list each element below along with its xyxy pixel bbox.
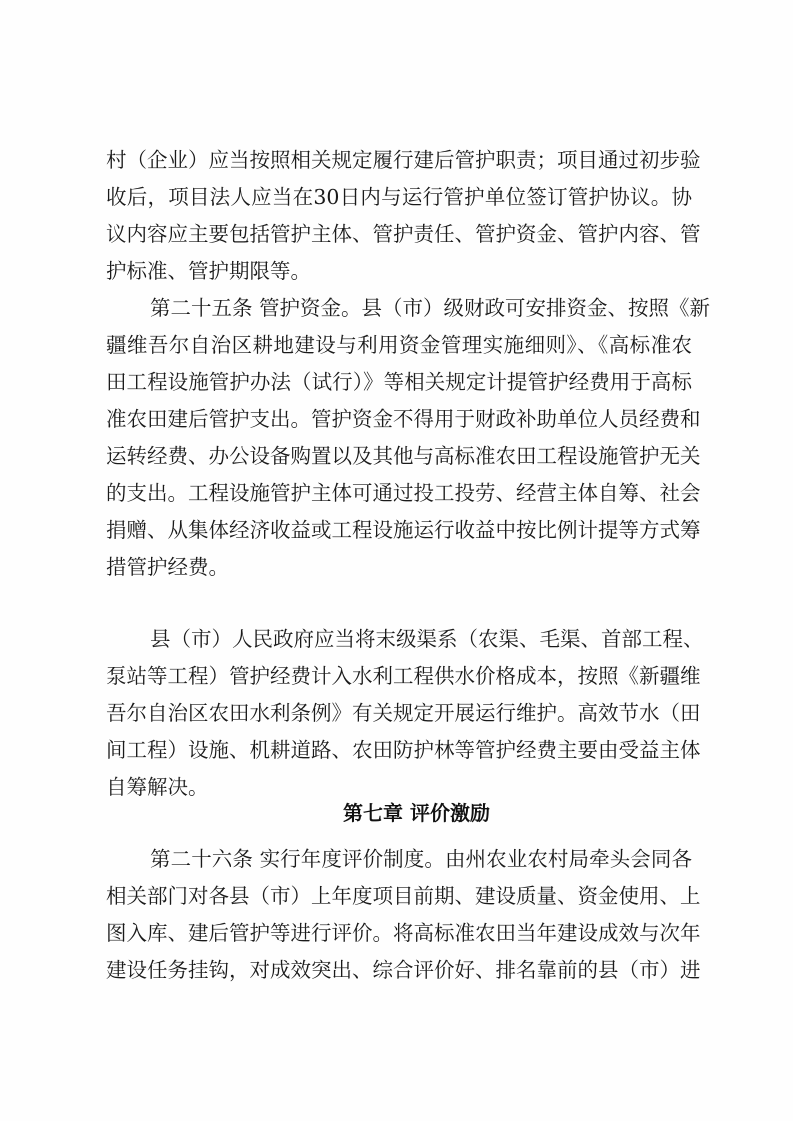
body-text-line: 田工程设施管护办法（试行）》等相关规定计提管护经费用于高标	[106, 364, 692, 401]
body-text-line: 准农田建后管护支出。管护资金不得用于财政补助单位人员经费和	[106, 401, 692, 438]
body-text-line: 议内容应主要包括管护主体、管护责任、管护资金、管护内容、管	[106, 216, 692, 253]
body-text-line: 运转经费、办公设备购置以及其他与高标准农田工程设施管护无关	[106, 438, 692, 475]
paragraph-first-line: 县（市）人民政府应当将末级渠系（农渠、毛渠、首部工程、	[150, 621, 692, 658]
body-text-line: 措管护经费。	[106, 549, 692, 586]
body-text-line: 建设任务挂钩，对成效突出、综合评价好、排名靠前的县（市）进	[106, 952, 692, 989]
body-text-line: 相关部门对各县（市）上年度项目前期、建设质量、资金使用、上	[106, 878, 692, 915]
body-text-line: 泵站等工程）管护经费计入水利工程供水价格成本，按照《新疆维	[106, 658, 692, 695]
body-text-line: 吾尔自治区农田水利条例》有关规定开展运行维护。高效节水（田	[106, 695, 692, 732]
body-text-line: 间工程）设施、机耕道路、农田防护林等管护经费主要由受益主体	[106, 732, 692, 769]
body-text-line: 护标准、管护期限等。	[106, 253, 692, 290]
article-25-first-line: 第二十五条 管护资金。县（市）级财政可安排资金、按照《新	[150, 290, 692, 327]
body-text-line: 捐赠、从集体经济收益或工程设施运行收益中按比例计提等方式筹	[106, 512, 692, 549]
article-26-first-line: 第二十六条 实行年度评价制度。由州农业农村局牵头会同各	[150, 841, 692, 878]
body-text-line: 收后，项目法人应当在30日内与运行管护单位签订管护协议。协	[106, 179, 692, 216]
body-text-line: 村（企业）应当按照相关规定履行建后管护职责；项目通过初步验	[106, 142, 692, 179]
body-text-line: 疆维吾尔自治区耕地建设与利用资金管理实施细则》、《高标准农	[106, 327, 692, 364]
body-text-line: 的支出。工程设施管护主体可通过投工投劳、经营主体自筹、社会	[106, 475, 692, 512]
chapter-heading: 第七章 评价激励	[343, 795, 497, 832]
body-text-line: 图入库、建后管护等进行评价。将高标准农田当年建设成效与次年	[106, 915, 692, 952]
document-page: 村（企业）应当按照相关规定履行建后管护职责；项目通过初步验 收后，项目法人应当在…	[0, 0, 793, 1121]
